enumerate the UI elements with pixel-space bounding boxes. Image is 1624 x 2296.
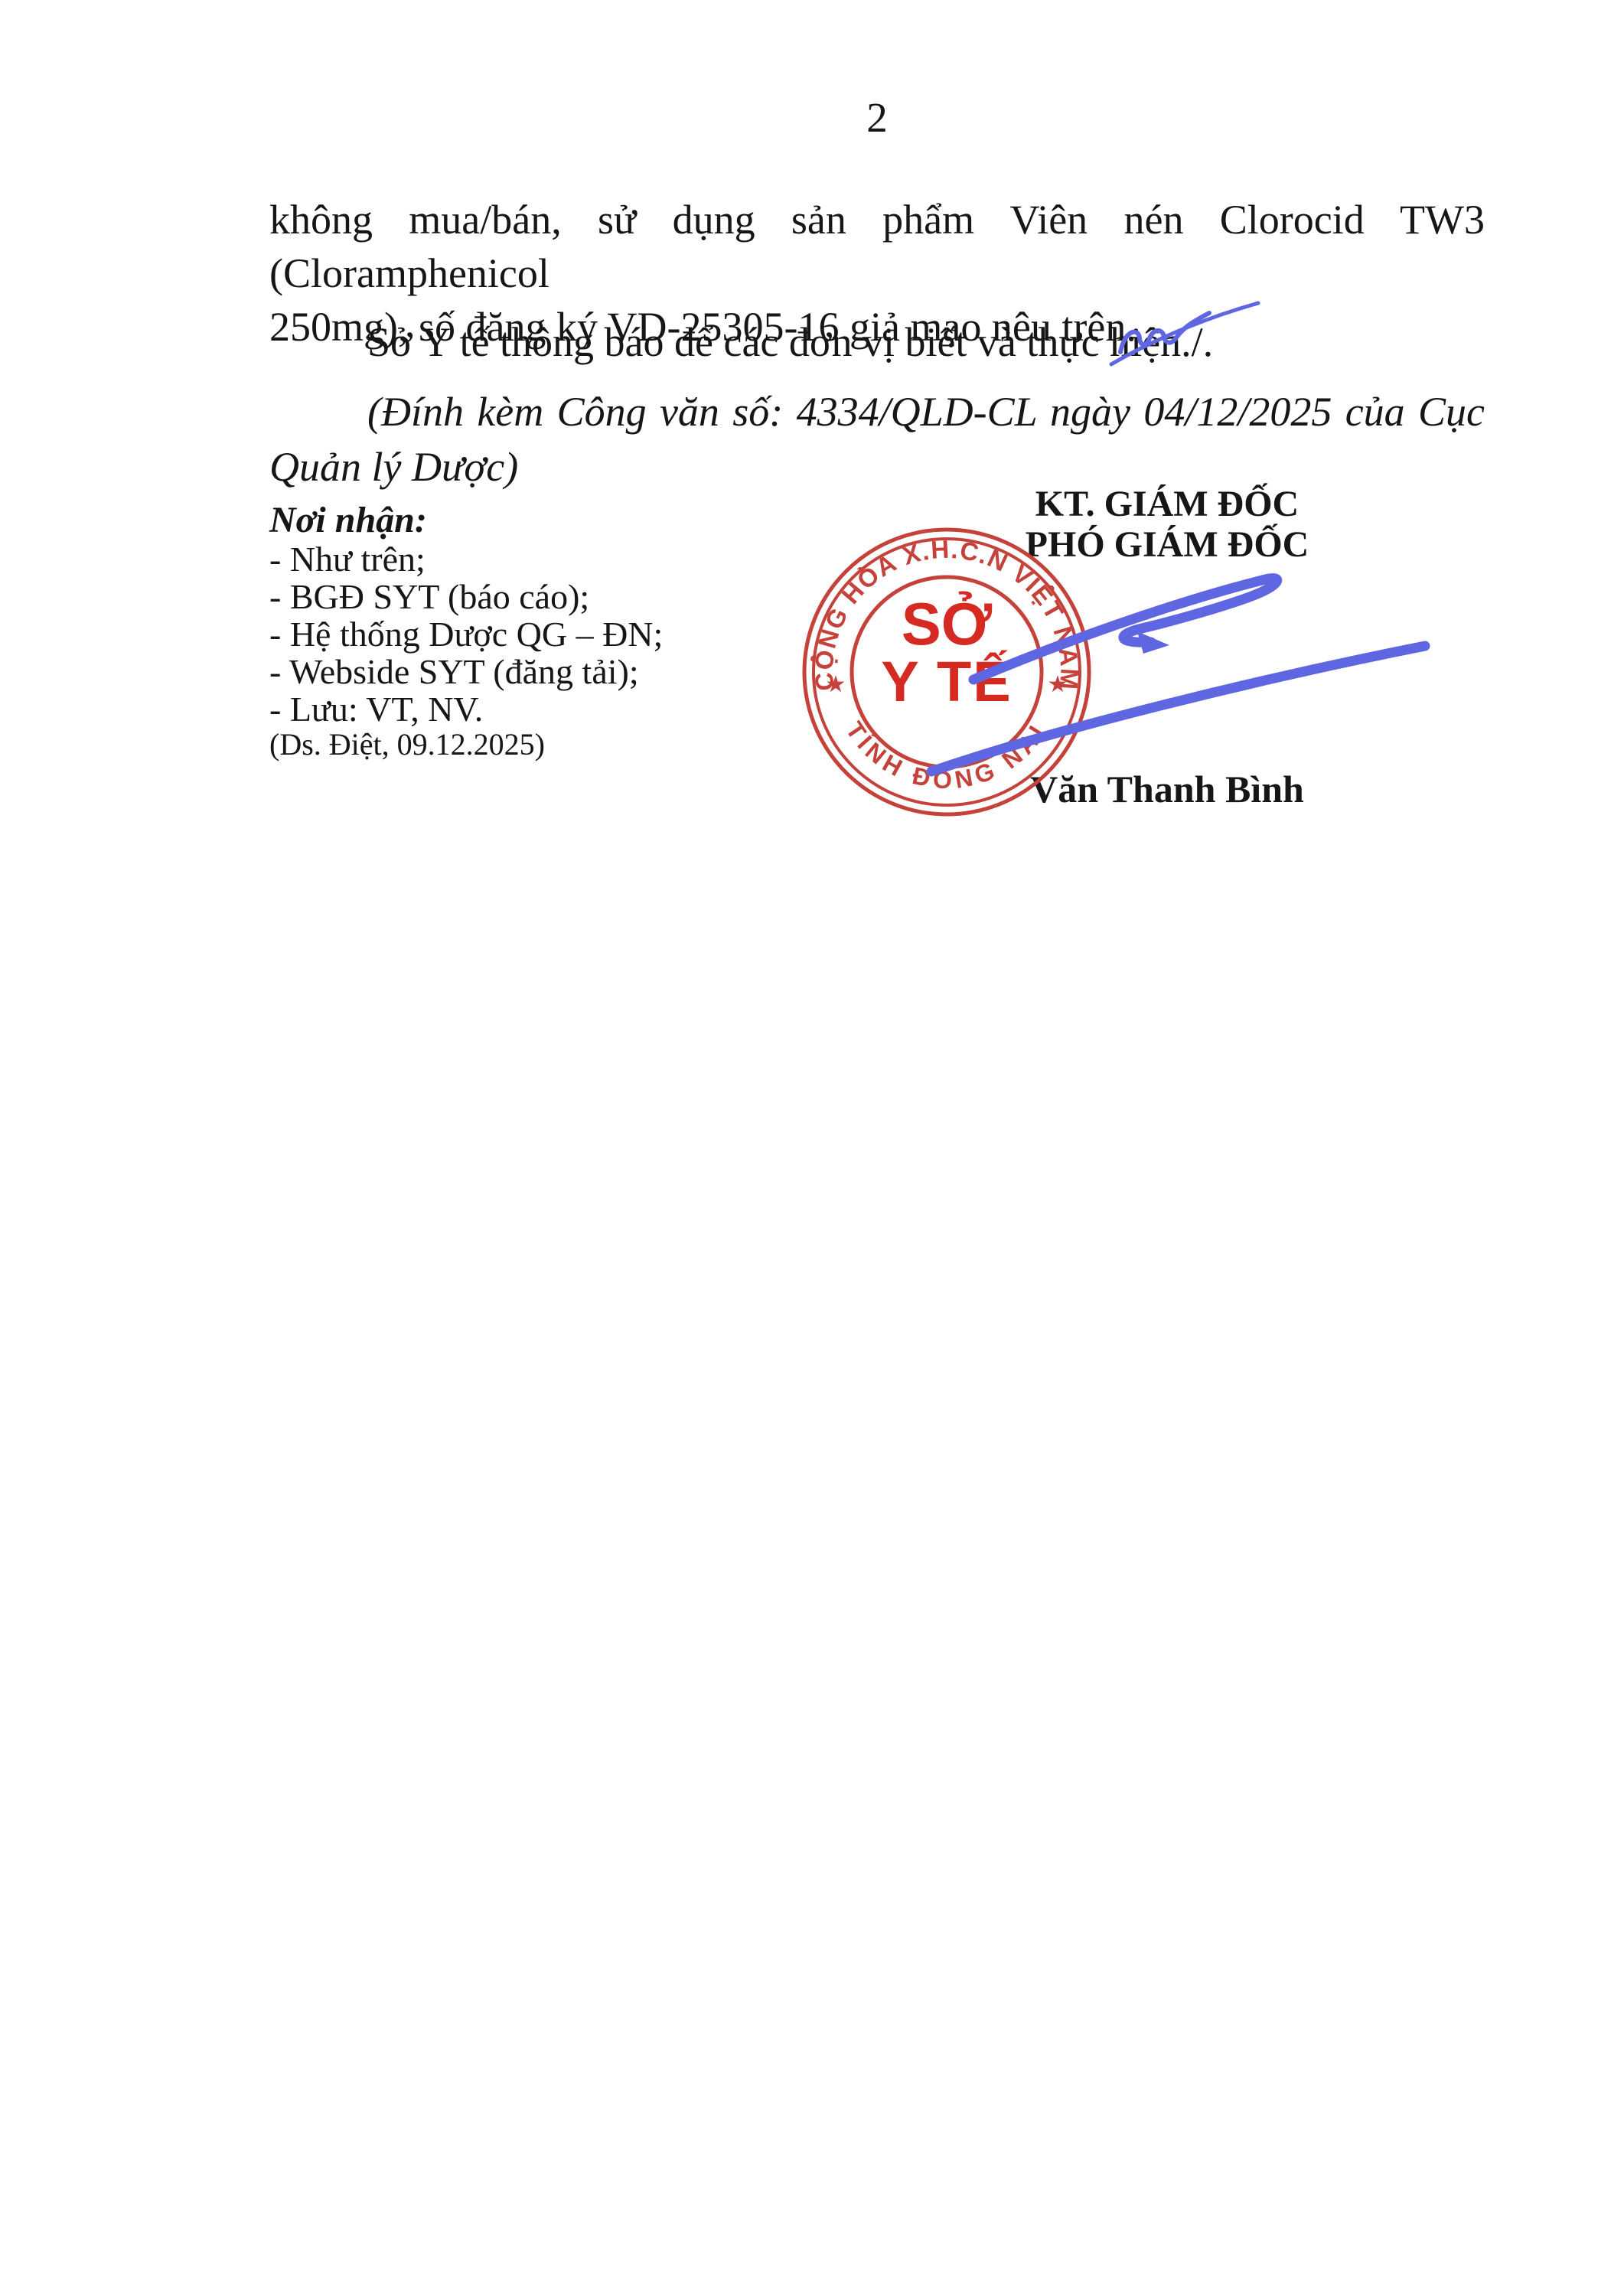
signature-arrowhead — [1137, 631, 1169, 654]
paragraph-warning-line1: không mua/bán, sử dụng sản phẩm Viên nén… — [269, 193, 1485, 300]
page-number: 2 — [269, 95, 1485, 141]
signature-paraph-initials — [1120, 313, 1209, 352]
recipients-block: Nơi nhận: - Như trên; - BGĐ SYT (báo cáo… — [269, 501, 851, 762]
document-page: 2 không mua/bán, sử dụng sản phẩm Viên n… — [0, 0, 1624, 2296]
drafter-note: (Ds. Điệt, 09.12.2025) — [269, 728, 851, 762]
recipient-item: - Lưu: VT, NV. — [269, 690, 851, 728]
signature-upper-stroke — [973, 579, 1277, 680]
stamp-left-star-icon: ★ — [826, 672, 846, 697]
recipients-title: Nơi nhận: — [269, 501, 851, 540]
handwritten-signature — [865, 291, 1469, 796]
recipient-item: - Như trên; — [269, 540, 851, 578]
recipient-item: - BGĐ SYT (báo cáo); — [269, 578, 851, 615]
recipient-item: - Hệ thống Dược QG – ĐN; — [269, 615, 851, 653]
recipient-item: - Webside SYT (đăng tải); — [269, 653, 851, 690]
